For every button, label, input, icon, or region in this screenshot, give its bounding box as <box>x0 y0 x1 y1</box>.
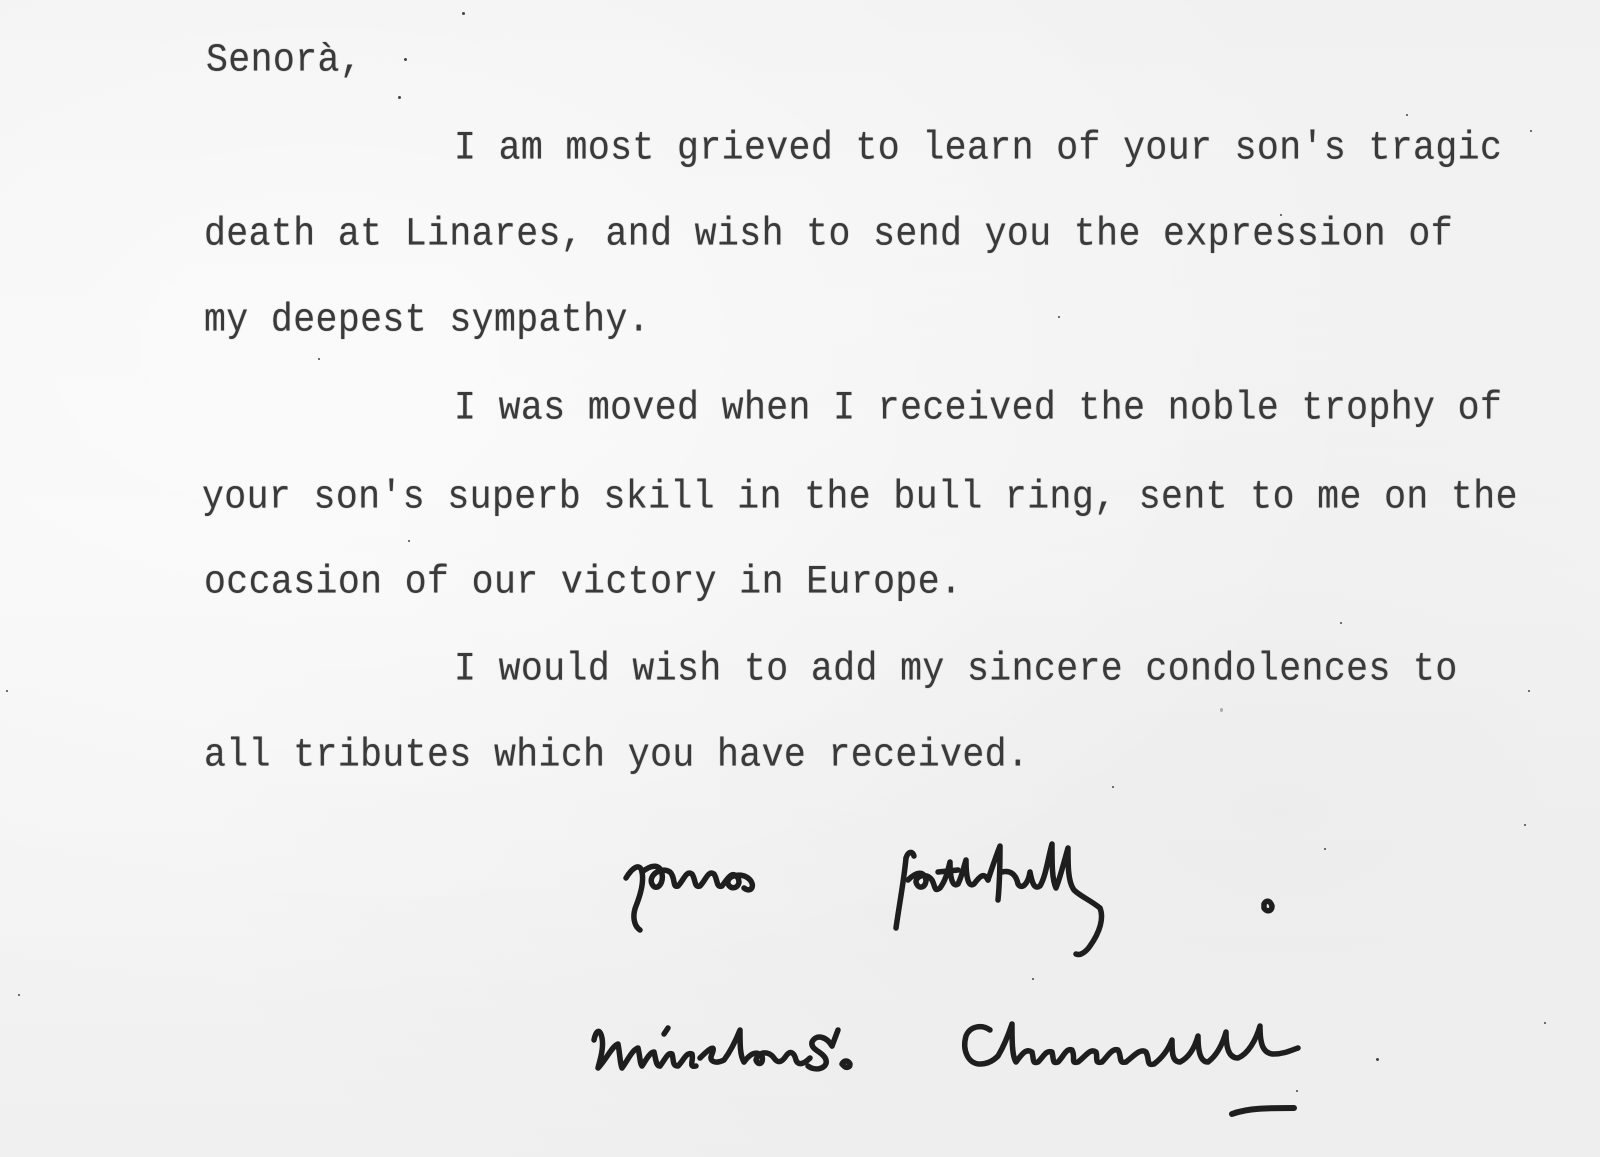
paper-speck <box>1324 848 1326 850</box>
paper-speck <box>18 994 20 996</box>
paragraph-1-line-1: I am most grieved to learn of your son's… <box>454 126 1502 170</box>
paper-speck <box>1524 824 1526 826</box>
letter-page: Senorà, I am most grieved to learn of yo… <box>0 0 1600 1157</box>
paper-speck <box>1112 786 1114 788</box>
closing-handwriting <box>626 844 1272 955</box>
paper-speck <box>1340 622 1342 624</box>
paper-speck <box>1296 1090 1298 1092</box>
paper-speck <box>1220 708 1223 712</box>
paragraph-1-line-3: my deepest sympathy. <box>204 298 650 342</box>
paragraph-2-line-3: occasion of our victory in Europe. <box>204 560 962 604</box>
paper-speck <box>1376 1058 1379 1061</box>
paper-speck <box>1530 130 1532 132</box>
paper-speck <box>1544 1022 1546 1024</box>
paper-speck <box>6 690 8 692</box>
paper-speck <box>408 540 410 542</box>
paper-speck <box>404 58 407 61</box>
paragraph-3-line-2: all tributes which you have received. <box>204 733 1029 777</box>
paper-speck <box>1528 690 1530 692</box>
paragraph-3-line-1: I would wish to add my sincere condolenc… <box>454 647 1458 691</box>
paper-speck <box>462 12 465 15</box>
paragraph-2-line-1: I was moved when I received the noble tr… <box>454 386 1502 430</box>
paragraph-2-line-2: your son's superb skill in the bull ring… <box>202 475 1518 519</box>
paragraph-1-line-2: death at Linares, and wish to send you t… <box>204 212 1453 256</box>
paper-speck <box>1058 316 1060 318</box>
signature-handwriting <box>594 1024 1298 1114</box>
paper-speck <box>1406 114 1408 116</box>
salutation: Senorà, <box>206 38 362 82</box>
paper-speck <box>1032 978 1034 980</box>
paper-speck <box>398 96 401 99</box>
paper-speck <box>318 358 320 360</box>
